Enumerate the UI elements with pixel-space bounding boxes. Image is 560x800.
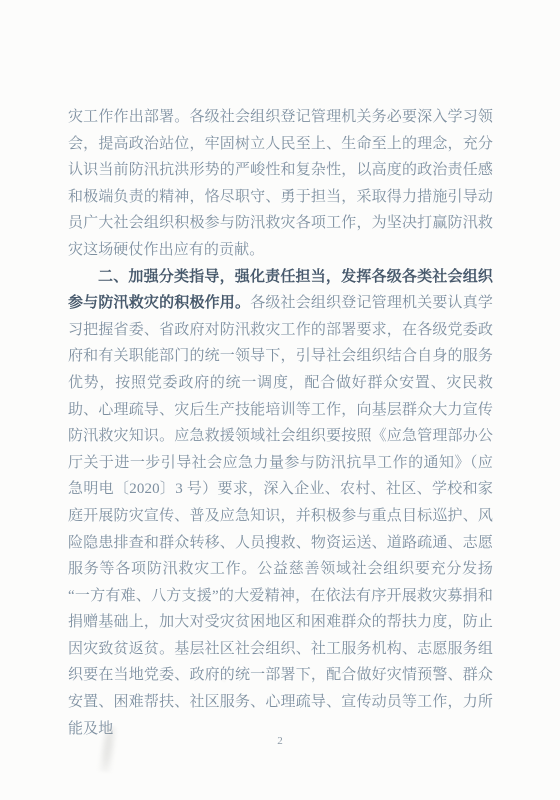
- page-number: 2: [0, 735, 560, 747]
- paragraph-body-text: 灾工作作出部署。各级社会组织登记管理机关务必要深入学习领会，提高政治站位，牢固树…: [68, 109, 493, 258]
- document-page: 灾工作作出部署。各级社会组织登记管理机关务必要深入学习领会，提高政治站位，牢固树…: [0, 0, 560, 800]
- paragraph: 灾工作作出部署。各级社会组织登记管理机关务必要深入学习领会，提高政治站位，牢固树…: [68, 104, 493, 264]
- document-body: 灾工作作出部署。各级社会组织登记管理机关务必要深入学习领会，提高政治站位，牢固树…: [68, 104, 493, 742]
- paragraph: 二、加强分类指导，强化责任担当，发挥各级各类社会组织参与防汛救灾的积极作用。各级…: [68, 264, 493, 743]
- paragraph-body-text: 各级社会组织登记管理机关要认真学习把握省委、省政府对防汛救灾工作的部署要求，在各…: [68, 295, 493, 737]
